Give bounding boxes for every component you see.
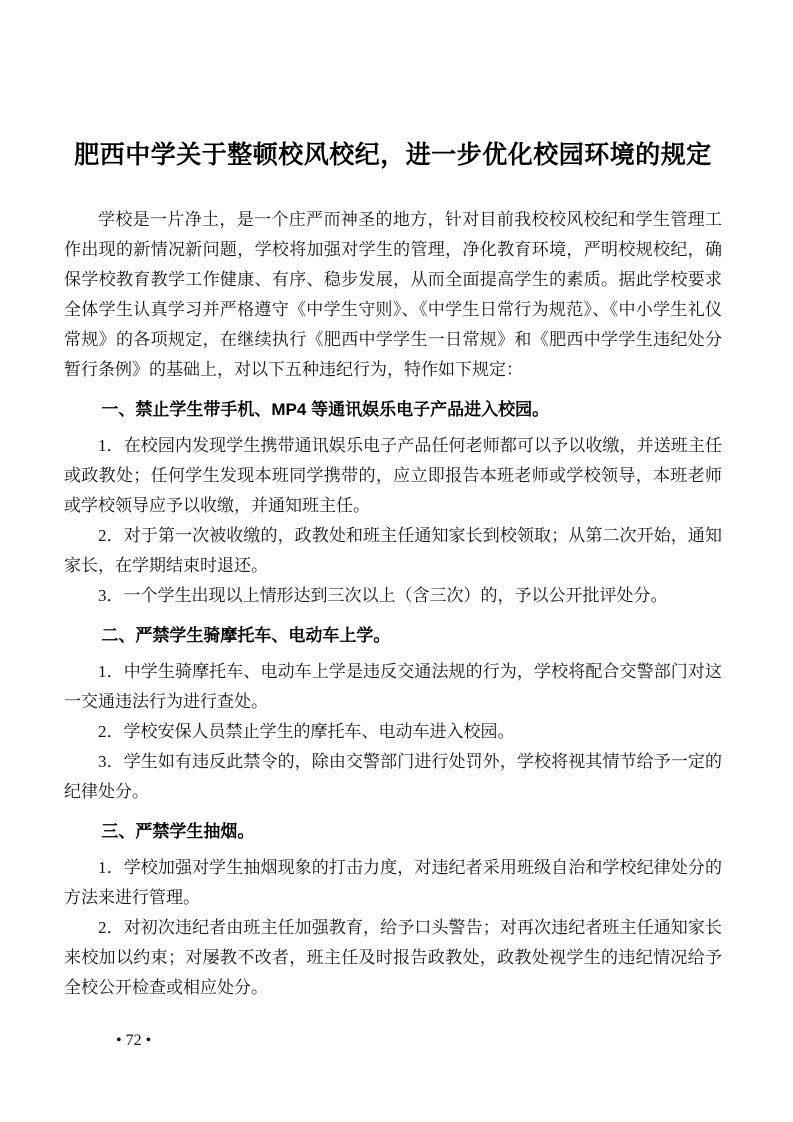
page-number: • 72 • [116,1030,151,1052]
section-3-heading: 三、严禁学生抽烟。 [64,817,722,847]
intro-paragraph: 学校是一片净土，是一个庄严而神圣的地方，针对目前我校校风校纪和学生管理工作出现的… [64,205,722,385]
section-2-item-1: 1．中学生骑摩托车、电动车上学是违反交通法规的行为，学校将配合交警部门对这一交通… [64,657,722,717]
section-1-item-3: 3．一个学生出现以上情形达到三次以上（含三次）的，予以公开批评处分。 [64,581,722,611]
section-2-item-3: 3．学生如有违反此禁令的，除由交警部门进行处罚外，学校将视其情节给予一定的纪律处… [64,747,722,807]
section-3-item-1: 1．学校加强对学生抽烟现象的打击力度，对违纪者采用班级自治和学校纪律处分的方法来… [64,853,722,913]
section-1-item-2: 2．对于第一次被收缴的，政教处和班主任通知家长到校领取；从第二次开始，通知家长，… [64,521,722,581]
section-3-item-2: 2．对初次违纪者由班主任加强教育，给予口头警告；对再次违纪者班主任通知家长来校加… [64,913,722,1003]
section-2-heading: 二、严禁学生骑摩托车、电动车上学。 [64,621,722,651]
section-1-item-1: 1．在校园内发现学生携带通讯娱乐电子产品任何老师都可以予以收缴，并送班主任或政教… [64,431,722,521]
section-2-item-2: 2．学校安保人员禁止学生的摩托车、电动车进入校园。 [64,717,722,747]
document-page: 肥西中学关于整顿校风校纪，进一步优化校园环境的规定 学校是一片净土，是一个庄严而… [64,140,722,1003]
section-1-heading: 一、禁止学生带手机、MP4 等通讯娱乐电子产品进入校园。 [64,395,722,425]
document-title: 肥西中学关于整顿校风校纪，进一步优化校园环境的规定 [64,140,722,172]
